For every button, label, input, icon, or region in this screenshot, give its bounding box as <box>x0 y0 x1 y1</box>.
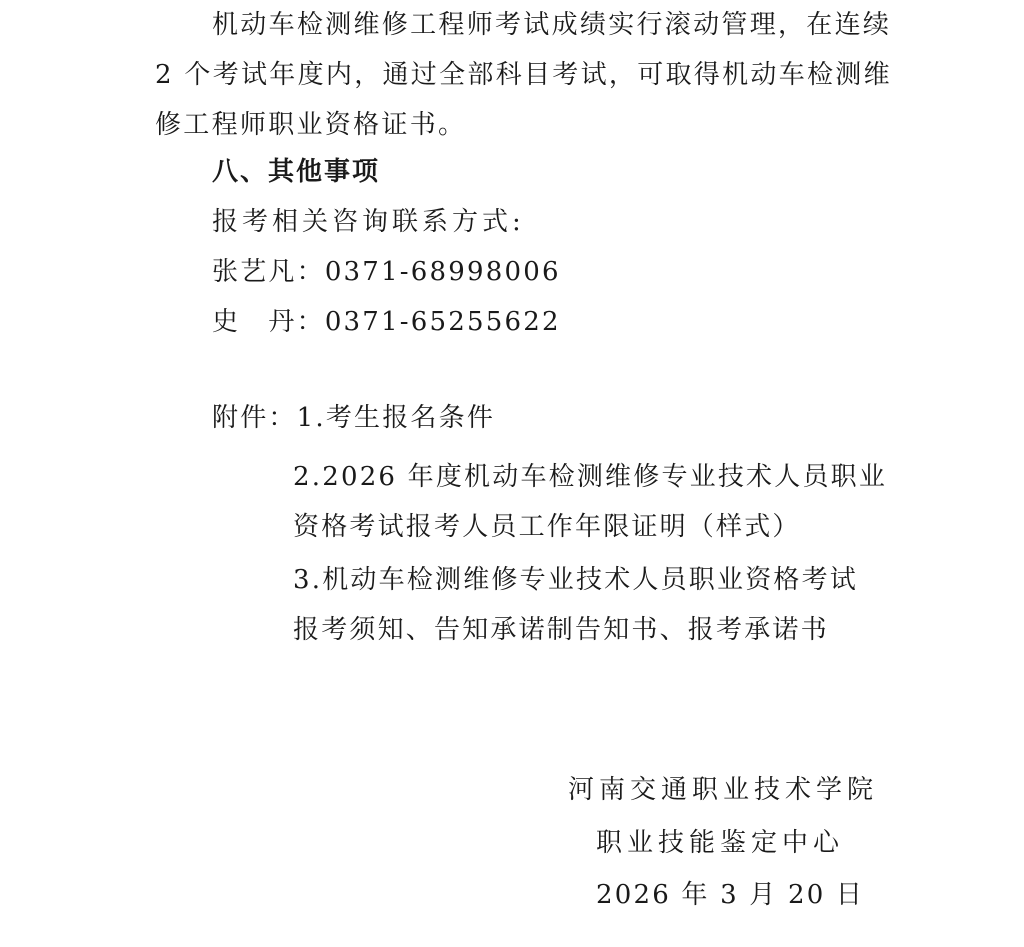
attachment-item-3-cont: 报考须知、告知承诺制告知书、报考承诺书 <box>293 615 829 645</box>
contact-phone: 0371-68998006 <box>325 257 561 287</box>
attachment-item-3: 3.机动车检测维修专业技术人员职业资格考试 <box>293 565 858 595</box>
signature-date: 2026 年 3 月 20 日 <box>596 880 864 910</box>
attachments-label: 附件： <box>212 403 297 433</box>
contact-row: 史 丹：0371-65255622 <box>212 307 561 337</box>
attachments-first-row: 附件：1.考生报名条件 <box>212 403 495 433</box>
contact-row: 张艺凡：0371-68998006 <box>212 257 561 287</box>
attachment-item-2: 2.2026 年度机动车检测维修专业技术人员职业 <box>293 462 887 492</box>
paragraph-line-3: 修工程师职业资格证书。 <box>155 110 466 140</box>
signature-org: 河南交通职业技术学院 <box>568 775 878 805</box>
attachment-item-2-cont: 资格考试报考人员工作年限证明（样式） <box>293 512 801 542</box>
section-heading: 八、其他事项 <box>212 157 380 187</box>
contact-name: 史 丹： <box>212 307 325 337</box>
attachment-item-1: 1.考生报名条件 <box>297 403 495 433</box>
contact-phone: 0371-65255622 <box>325 307 561 337</box>
contact-intro: 报考相关咨询联系方式: <box>212 207 525 237</box>
paragraph-line-1: 机动车检测维修工程师考试成绩实行滚动管理，在连续 <box>212 10 891 40</box>
signature-dept: 职业技能鉴定中心 <box>596 828 844 858</box>
paragraph-line-2: 2 个考试年度内，通过全部科目考试，可取得机动车检测维 <box>155 60 892 90</box>
contact-name: 张艺凡： <box>212 257 325 287</box>
